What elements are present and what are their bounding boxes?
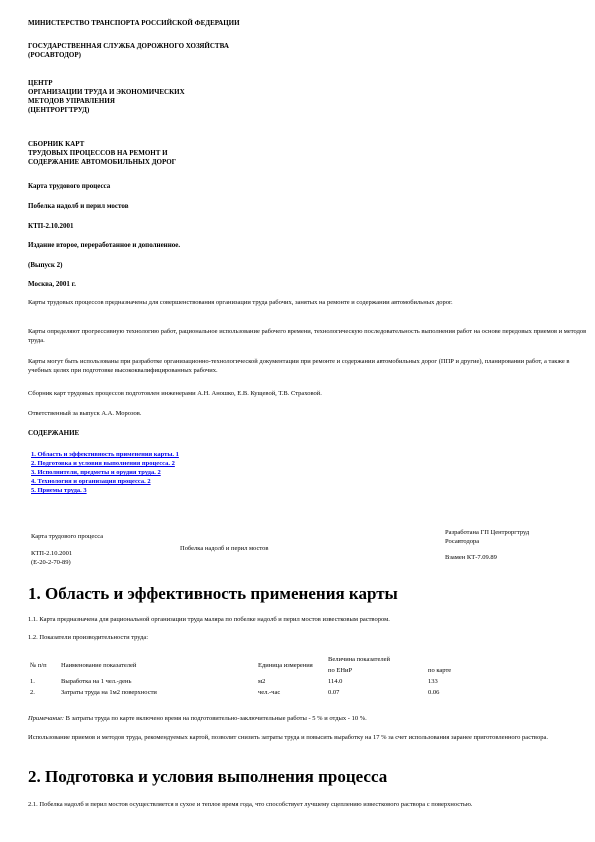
intro-paragraph-3: Карты могут быть использованы при разраб… xyxy=(28,357,588,375)
productivity-table: № п/п Наименование показателей Единица и… xyxy=(30,654,488,698)
section-1-2-text: 1.2. Показатели производительности труда… xyxy=(28,633,148,642)
header-value-group: Величина показателей xyxy=(328,654,488,665)
section-1-summary: Использование приемов и методов труда, р… xyxy=(28,733,588,742)
developer-line-2: Росавтодора xyxy=(445,537,529,546)
cell-card: 133 xyxy=(428,676,488,687)
collection-line: СБОРНИК КАРТ xyxy=(28,140,176,149)
header-num: № п/п xyxy=(30,654,61,676)
cell-unit: м2 xyxy=(258,676,328,687)
service-title: ГОСУДАРСТВЕННАЯ СЛУЖБА ДОРОЖНОГО ХОЗЯЙСТ… xyxy=(28,42,229,60)
toc-link-1[interactable]: 1. Область и эффективность применения ка… xyxy=(31,450,179,459)
service-line-1: ГОСУДАРСТВЕННАЯ СЛУЖБА ДОРОЖНОГО ХОЗЯЙСТ… xyxy=(28,42,229,51)
header-name: Наименование показателей xyxy=(61,654,258,676)
card-header-code-old: (Е-20-2-70-89) xyxy=(31,558,72,567)
header-enir: по ЕНиР xyxy=(328,665,428,676)
section-1-1-text: 1.1. Карта предназначена для рационально… xyxy=(28,615,390,624)
card-header-developer: Разработана ГП Центроргтруд Росавтодора xyxy=(445,528,529,546)
card-header-type: Карта трудового процесса xyxy=(31,532,103,541)
toc-link-2[interactable]: 2. Подготовка и условия выполнения проце… xyxy=(31,459,179,468)
card-header-title: Побелка надолб и перил мостов xyxy=(180,544,268,553)
city-year: Москва, 2001 г. xyxy=(28,280,76,289)
center-title: ЦЕНТР ОРГАНИЗАЦИИ ТРУДА И ЭКОНОМИЧЕСКИХ … xyxy=(28,79,185,115)
service-line-2: (РОСАВТОДОР) xyxy=(28,51,229,60)
section-2-1-text: 2.1. Побелка надолб и перил мостов осуще… xyxy=(28,800,588,809)
cell-card: 0.06 xyxy=(428,687,488,698)
header-unit: Единица измерения xyxy=(258,654,328,676)
card-code: КТП-2.10.2001 xyxy=(28,222,74,231)
authors: Сборник карт трудовых процессов подготов… xyxy=(28,389,322,398)
toc-title: СОДЕРЖАНИЕ xyxy=(28,429,79,438)
section-1-heading: 1. Область и эффективность применения ка… xyxy=(28,584,398,604)
table-header-row: № п/п Наименование показателей Единица и… xyxy=(30,654,488,665)
center-line: МЕТОДОВ УПРАВЛЕНИЯ xyxy=(28,97,185,106)
intro-paragraph-1: Карты трудовых процессов предназначены д… xyxy=(28,298,588,307)
center-line: (ЦЕНТРОРГТРУД) xyxy=(28,106,185,115)
cell-name: Выработка на 1 чел.-день xyxy=(61,676,258,687)
cell-num: 1. xyxy=(30,676,61,687)
ministry-title: МИНИСТЕРСТВО ТРАНСПОРТА РОССИЙСКОЙ ФЕДЕР… xyxy=(28,19,240,28)
table-of-contents: 1. Область и эффективность применения ка… xyxy=(31,450,179,495)
developer-line-1: Разработана ГП Центроргтруд xyxy=(445,528,529,537)
note-label: Примечание: xyxy=(28,715,64,722)
card-title: Побелка надолб и перил мостов xyxy=(28,202,129,211)
cell-name: Затраты труда на 1м2 поверхности xyxy=(61,687,258,698)
center-line: ОРГАНИЗАЦИИ ТРУДА И ЭКОНОМИЧЕСКИХ xyxy=(28,88,185,97)
note-text: В затраты труда по карте включено время … xyxy=(64,715,367,722)
toc-link-5[interactable]: 5. Приемы труда. 3 xyxy=(31,486,179,495)
card-header-code: КТП-2.10.2001 (Е-20-2-70-89) xyxy=(31,549,72,567)
header-card: по карте xyxy=(428,665,488,676)
intro-paragraph-2: Карты определяют прогрессивную технологи… xyxy=(28,327,588,345)
toc-link-4[interactable]: 4. Технология и организация процесса. 2 xyxy=(31,477,179,486)
cell-num: 2. xyxy=(30,687,61,698)
issue: (Выпуск 2) xyxy=(28,261,63,270)
toc-link-3[interactable]: 3. Исполнители, предметы и орудия труда.… xyxy=(31,468,179,477)
table-row: 2. Затраты труда на 1м2 поверхности чел.… xyxy=(30,687,488,698)
section-1-note: Примечание: В затраты труда по карте вкл… xyxy=(28,714,367,723)
center-line: ЦЕНТР xyxy=(28,79,185,88)
edition: Издание второе, переработанное и дополне… xyxy=(28,241,180,250)
card-type: Карта трудового процесса xyxy=(28,182,110,191)
collection-title: СБОРНИК КАРТ ТРУДОВЫХ ПРОЦЕССОВ НА РЕМОН… xyxy=(28,140,176,167)
section-2-heading: 2. Подготовка и условия выполнения проце… xyxy=(28,767,387,787)
collection-line: СОДЕРЖАНИЕ АВТОМОБИЛЬНЫХ ДОРОГ xyxy=(28,158,176,167)
cell-enir: 0.07 xyxy=(328,687,428,698)
card-header-replaces: Взамен КТ-7.09.89 xyxy=(445,553,497,562)
card-header-code-new: КТП-2.10.2001 xyxy=(31,549,72,558)
cell-enir: 114.0 xyxy=(328,676,428,687)
responsible: Ответственный за выпуск А.А. Морозов. xyxy=(28,409,141,418)
table-row: 1. Выработка на 1 чел.-день м2 114.0 133 xyxy=(30,676,488,687)
cell-unit: чел.-час xyxy=(258,687,328,698)
collection-line: ТРУДОВЫХ ПРОЦЕССОВ НА РЕМОНТ И xyxy=(28,149,176,158)
